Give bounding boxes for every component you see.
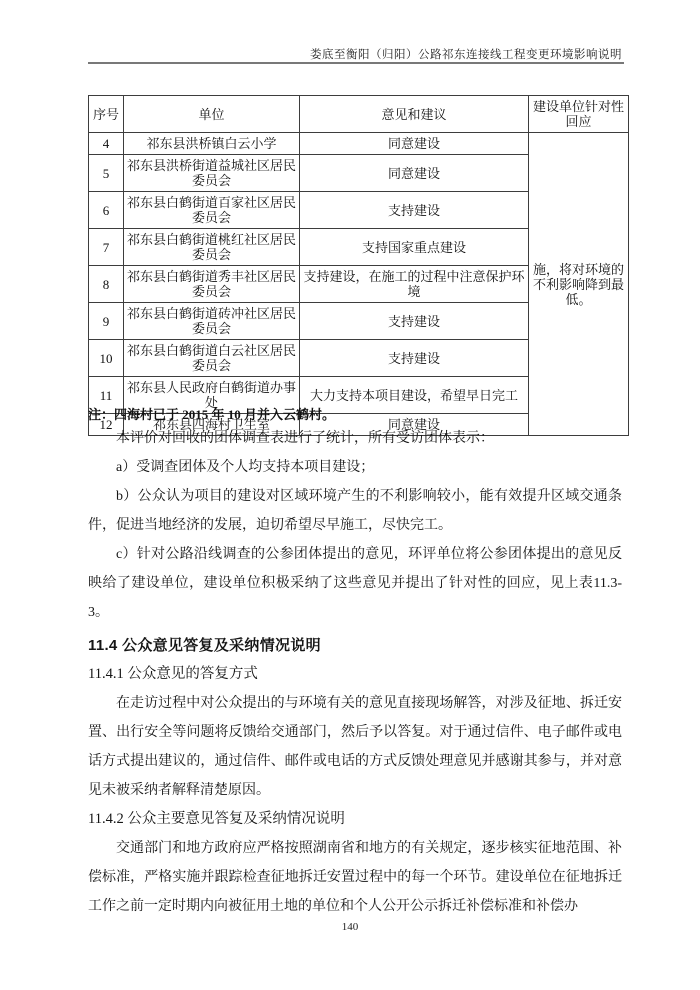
cell-no: 6 xyxy=(89,192,124,229)
table-row: 4 祁东县洪桥镇白云小学 同意建设 施，将对环境的不利影响降到最低。 xyxy=(89,133,629,155)
cell-unit: 祁东县白鹤街道白云社区居民委员会 xyxy=(124,340,300,377)
paragraph-adoption-explanation: 交通部门和地方政府应严格按照湖南省和地方的有关规定，逐步核实征地范围、补偿标准，… xyxy=(88,834,622,921)
cell-no: 5 xyxy=(89,155,124,192)
cell-unit: 祁东县洪桥镇白云小学 xyxy=(124,133,300,155)
cell-opinion: 支持建设，在施工的过程中注意保护环境 xyxy=(300,266,529,303)
table-header-row: 序号 单位 意见和建议 建设单位针对性回应 xyxy=(89,96,629,133)
paragraph-item-a: a）受调查团体及个人均支持本项目建设； xyxy=(88,453,622,482)
paragraph-item-b: b）公众认为项目的建设对区域环境产生的不利影响较小，能有效提升区域交通条件，促进… xyxy=(88,482,622,540)
cell-response-merged: 施，将对环境的不利影响降到最低。 xyxy=(529,133,629,436)
col-header-response: 建设单位针对性回应 xyxy=(529,96,629,133)
section-heading-11-4: 11.4 公众意见答复及采纳情况说明 xyxy=(88,631,622,660)
opinion-table: 序号 单位 意见和建议 建设单位针对性回应 4 祁东县洪桥镇白云小学 同意建设 … xyxy=(88,95,629,436)
page-number: 140 xyxy=(0,921,700,933)
cell-opinion: 支持建设 xyxy=(300,303,529,340)
paragraph-survey-summary: 本评价对回收的团体调查表进行了统计，所有受访团体表示： xyxy=(88,424,622,453)
cell-opinion: 同意建设 xyxy=(300,155,529,192)
opinion-table-wrapper: 序号 单位 意见和建议 建设单位针对性回应 4 祁东县洪桥镇白云小学 同意建设 … xyxy=(88,95,628,436)
cell-unit: 祁东县白鹤街道百家社区居民委员会 xyxy=(124,192,300,229)
document-page: 娄底至衡阳（归阳）公路祁东连接线工程变更环境影响说明 序号 单位 意见和建议 建… xyxy=(0,0,700,990)
cell-opinion: 支持建设 xyxy=(300,192,529,229)
col-header-unit: 单位 xyxy=(124,96,300,133)
cell-unit: 祁东县白鹤街道秀丰社区居民委员会 xyxy=(124,266,300,303)
cell-opinion: 同意建设 xyxy=(300,133,529,155)
cell-no: 10 xyxy=(89,340,124,377)
running-header-title: 娄底至衡阳（归阳）公路祁东连接线工程变更环境影响说明 xyxy=(310,46,622,62)
cell-no: 7 xyxy=(89,229,124,266)
cell-opinion: 支持建设 xyxy=(300,340,529,377)
cell-no: 8 xyxy=(89,266,124,303)
paragraph-reply-method: 在走访过程中对公众提出的与环境有关的意见直接现场解答，对涉及征地、拆迁安置、出行… xyxy=(88,689,622,805)
paragraph-item-c: c）针对公路沿线调查的公参团体提出的意见，环评单位将公参团体提出的意见反映给了建… xyxy=(88,540,622,627)
section-heading-11-4-2: 11.4.2 公众主要意见答复及采纳情况说明 xyxy=(88,805,622,834)
cell-unit: 祁东县洪桥街道益城社区居民委员会 xyxy=(124,155,300,192)
table-note: 注：四海村已于 2015 年 10 月并入云鹤村。 xyxy=(88,404,628,423)
col-header-opinion: 意见和建议 xyxy=(300,96,529,133)
cell-no: 9 xyxy=(89,303,124,340)
body-content: 本评价对回收的团体调查表进行了统计，所有受访团体表示： a）受调查团体及个人均支… xyxy=(88,424,622,921)
cell-unit: 祁东县白鹤街道砖冲社区居民委员会 xyxy=(124,303,300,340)
cell-opinion: 支持国家重点建设 xyxy=(300,229,529,266)
cell-no: 4 xyxy=(89,133,124,155)
col-header-no: 序号 xyxy=(89,96,124,133)
cell-unit: 祁东县白鹤街道桃红社区居民委员会 xyxy=(124,229,300,266)
header-divider xyxy=(88,62,624,64)
section-heading-11-4-1: 11.4.1 公众意见的答复方式 xyxy=(88,660,622,689)
